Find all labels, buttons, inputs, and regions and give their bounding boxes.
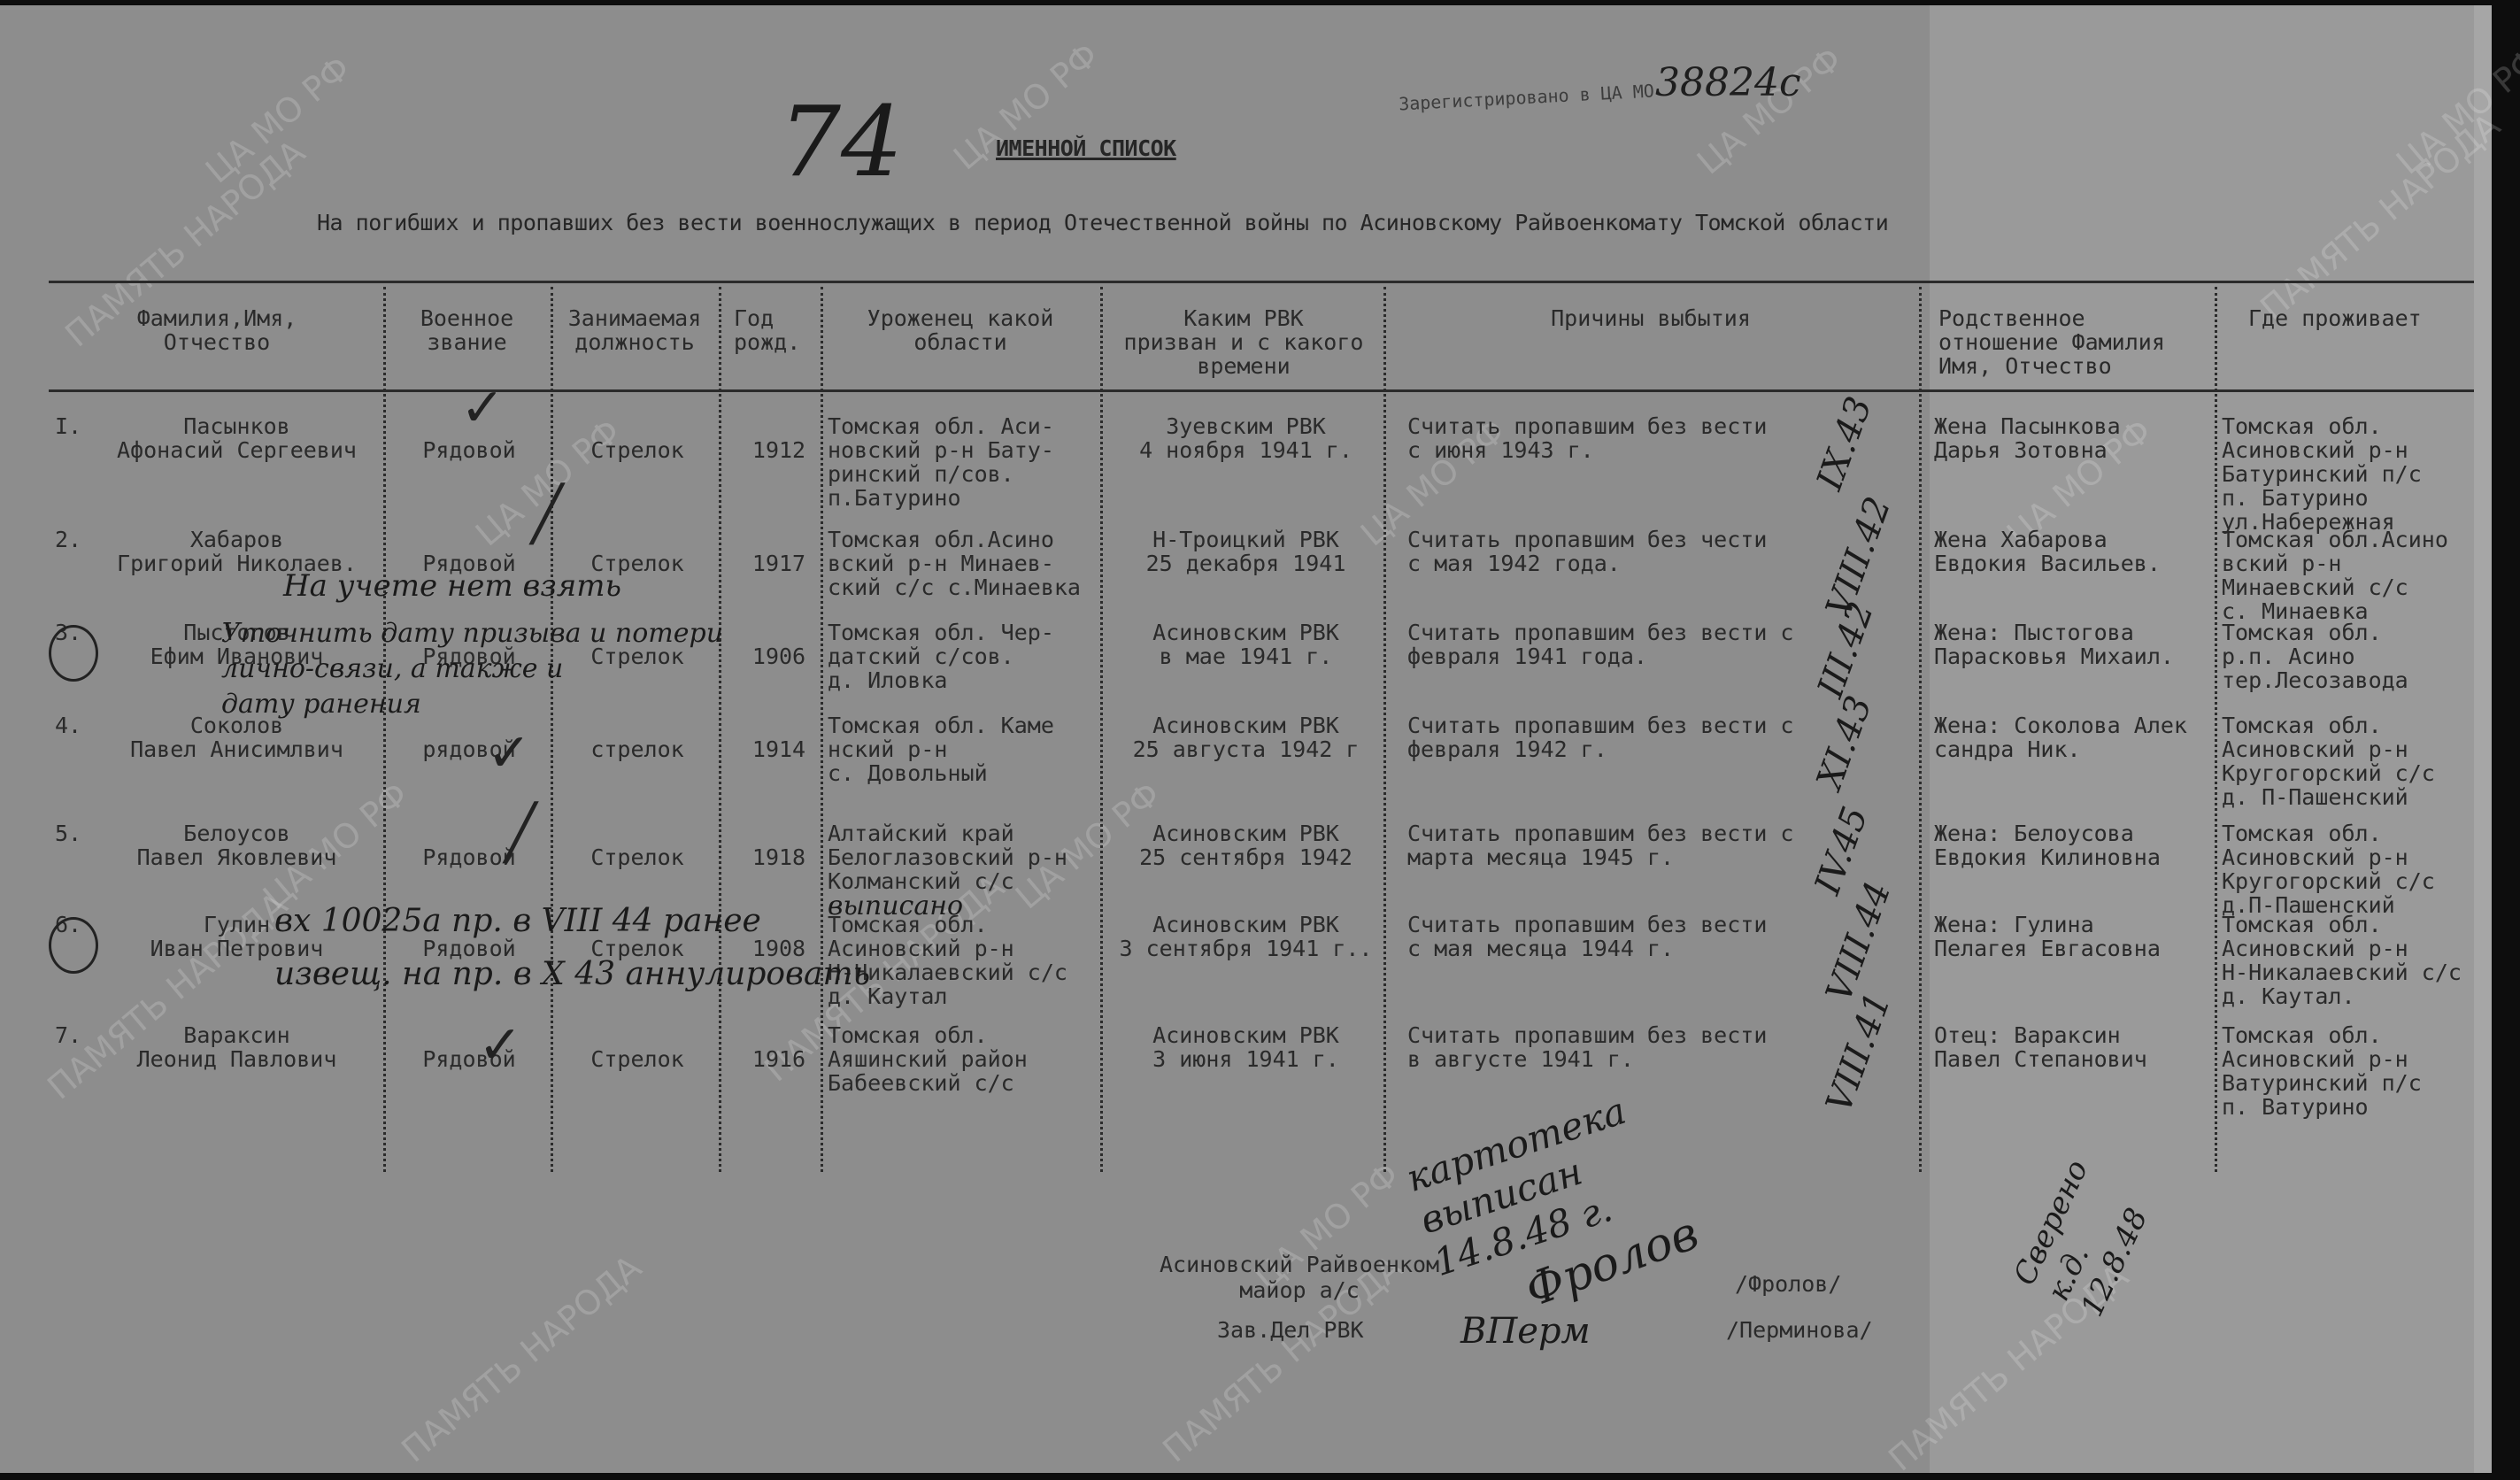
archive-stamp: Зарегистрировано в ЦА МО (1399, 80, 1655, 114)
cell-reason: Считать пропавшим без вести с марта меся… (1407, 821, 1868, 869)
cell-year: 1917 (739, 551, 819, 575)
clerk-title: Зав.Дел РВК (1217, 1317, 1364, 1343)
header-name: Фамилия,Имя, Отчество (53, 306, 381, 354)
cell-address: Томская обл. Асиновский р-н Батуринский … (2222, 414, 2478, 534)
cell-relative: Жена Хабарова Евдокия Васильев. (1934, 528, 2213, 575)
column-divider (551, 287, 553, 1172)
cell-year: 1912 (739, 438, 819, 462)
commissar-title: Асиновский Райвоенком майор а/с (1160, 1252, 1439, 1303)
cell-position: стрелок (558, 737, 717, 761)
cell-drafted: Зуевским РВК 4 ноября 1941 г. (1111, 414, 1381, 462)
cell-reason: Считать пропавшим без вести с июня 1943 … (1407, 414, 1868, 462)
row-number: I. (55, 414, 81, 438)
cell-reason: Считать пропавшим без вести с февраля 19… (1407, 713, 1868, 761)
cell-birthplace: Томская обл. Аси- новский р-н Бату- ринс… (828, 414, 1102, 510)
table-header-rule (49, 389, 2474, 392)
cell-reason: Считать пропавшим без вести с мая месяца… (1407, 913, 1868, 960)
cell-birthplace: Томская обл. Каме нский р-н с. Довольный (828, 713, 1102, 785)
cell-address: Томская обл. Асиновский р-н Н-Никалаевск… (2222, 913, 2478, 1008)
column-divider (719, 287, 721, 1172)
cell-address: Томская обл. Асиновский р-н Ватуринский … (2222, 1023, 2478, 1119)
cell-drafted: Асиновским РВК 3 июня 1941 г. (1111, 1023, 1381, 1071)
cell-address: Томская обл.Асино вский р-н Минаевский с… (2222, 528, 2478, 623)
handwritten-note-row2: На учете нет взять (283, 568, 621, 604)
cell-drafted: Асиновским РВК 3 сентября 1941 г.. (1111, 913, 1381, 960)
cell-year: 1918 (739, 845, 819, 869)
check-mark-icon: ╱ (531, 483, 563, 545)
table-top-rule (49, 281, 2474, 283)
header-position: Занимаемая должность (552, 306, 717, 354)
column-divider (1919, 287, 1922, 1172)
cell-address: Томская обл. Асиновский р-н Кругогорский… (2222, 821, 2478, 917)
cell-name: Пасынков Афонасий Сергеевич (93, 414, 381, 462)
cell-name: Белоусов Павел Яковлевич (93, 821, 381, 869)
row-number: 5. (55, 821, 81, 845)
cell-rank: Рядовой (389, 438, 549, 462)
cell-relative: Жена: Белоусова Евдокия Килиновна (1934, 821, 2213, 869)
watermark: ПАМЯТЬ НАРОДА (396, 1250, 647, 1468)
check-mark-icon: ✓ (460, 377, 505, 439)
row-number: 2. (55, 528, 81, 551)
cell-name: Вараксин Леонид Павлович (93, 1023, 381, 1071)
row-number: 4. (55, 713, 81, 737)
cell-rank: Рядовой (389, 1047, 549, 1071)
cell-relative: Жена Пасынкова Дарья Зотовна (1934, 414, 2213, 462)
cell-relative: Жена: Пыстогова Парасковья Михаил. (1934, 621, 2213, 668)
cell-birthplace: Томская обл. Чер- датский с/сов. д. Илов… (828, 621, 1102, 692)
cell-address: Томская обл. Асиновский р-н Кругогорский… (2222, 713, 2478, 809)
handwritten-note-row6: вх 10025а пр. в VIII 44 ранее извещ. на … (274, 895, 870, 1001)
check-mark-icon: ✓ (478, 1014, 522, 1076)
row-number: 7. (55, 1023, 81, 1047)
page-number-handwritten: 74 (779, 85, 903, 198)
cell-position: Стрелок (558, 438, 717, 462)
cell-birthplace: Томская обл.Асино вский р-н Минаев- ский… (828, 528, 1102, 599)
cell-address: Томская обл. р.п. Асино тер.Лесозавода (2222, 621, 2478, 692)
column-divider (383, 287, 386, 1172)
header-reason: Причины выбытия (1385, 306, 1916, 330)
handwritten-note-row5: выписано (828, 890, 963, 921)
cell-drafted: Н-Троицкий РВК 25 декабря 1941 (1111, 528, 1381, 575)
header-birth-year: Год рожд. (734, 306, 819, 354)
cell-birthplace: Алтайский край Белоглазовский р-н Колман… (828, 821, 1102, 893)
clerk-signature: ВПерм (1460, 1311, 1591, 1352)
clerk-name: /Перминова/ (1726, 1317, 1873, 1343)
document-title: ИМЕННОЙ СПИСОК (996, 136, 1176, 160)
cell-drafted: Асиновским РВК 25 августа 1942 г (1111, 713, 1381, 761)
commissar-name: /Фролов/ (1735, 1271, 1841, 1297)
archive-number: 38824с (1655, 60, 1801, 105)
cell-relative: Жена: Соколова Алек сандра Ник. (1934, 713, 2213, 761)
column-divider (821, 287, 823, 1172)
check-mark-icon: ✓ (487, 722, 531, 784)
cell-reason: Считать пропавшим без вести в августе 19… (1407, 1023, 1868, 1071)
cell-position: Стрелок (558, 1047, 717, 1071)
header-birthplace: Уроженец какой области (822, 306, 1098, 354)
header-drafted: Каким РВК призван и с какого времени (1105, 306, 1383, 378)
cell-drafted: Асиновским РВК 25 сентября 1942 (1111, 821, 1381, 869)
header-relative: Родственное отношение Фамилия Имя, Отчес… (1938, 306, 2213, 378)
cell-year: 1914 (739, 737, 819, 761)
cell-reason: Считать пропавшим без вести с февраля 19… (1407, 621, 1868, 668)
circled-number-icon (49, 625, 98, 682)
cell-birthplace: Томская обл. Аяшинский район Бабеевский … (828, 1023, 1102, 1095)
column-divider (1383, 287, 1386, 1172)
document-page: ЦА МО РФ ЦА МО РФ ЦА МО РФ ЦА МО РФ ПАМЯ… (0, 5, 2492, 1473)
cell-reason: Считать пропавшим без чести с мая 1942 г… (1407, 528, 1868, 575)
cell-relative: Жена: Гулина Пелагея Евгасовна (1934, 913, 2213, 960)
handwritten-note-row3: Уточнить дату призыва и потери лично-свя… (221, 616, 723, 722)
header-rank: Военное звание (385, 306, 549, 354)
header-address: Где проживает (2248, 306, 2478, 330)
cell-year: 1906 (739, 644, 819, 668)
cell-relative: Отец: Вараксин Павел Степанович (1934, 1023, 2213, 1071)
cell-year: 1916 (739, 1047, 819, 1071)
check-mark-icon: ╱ (505, 802, 536, 864)
cell-position: Стрелок (558, 845, 717, 869)
column-divider (2215, 287, 2217, 1172)
circled-number-icon (49, 917, 98, 974)
cell-drafted: Асиновским РВК в мае 1941 г. (1111, 621, 1381, 668)
document-subtitle: На погибших и пропавших без вести военно… (317, 211, 1888, 235)
